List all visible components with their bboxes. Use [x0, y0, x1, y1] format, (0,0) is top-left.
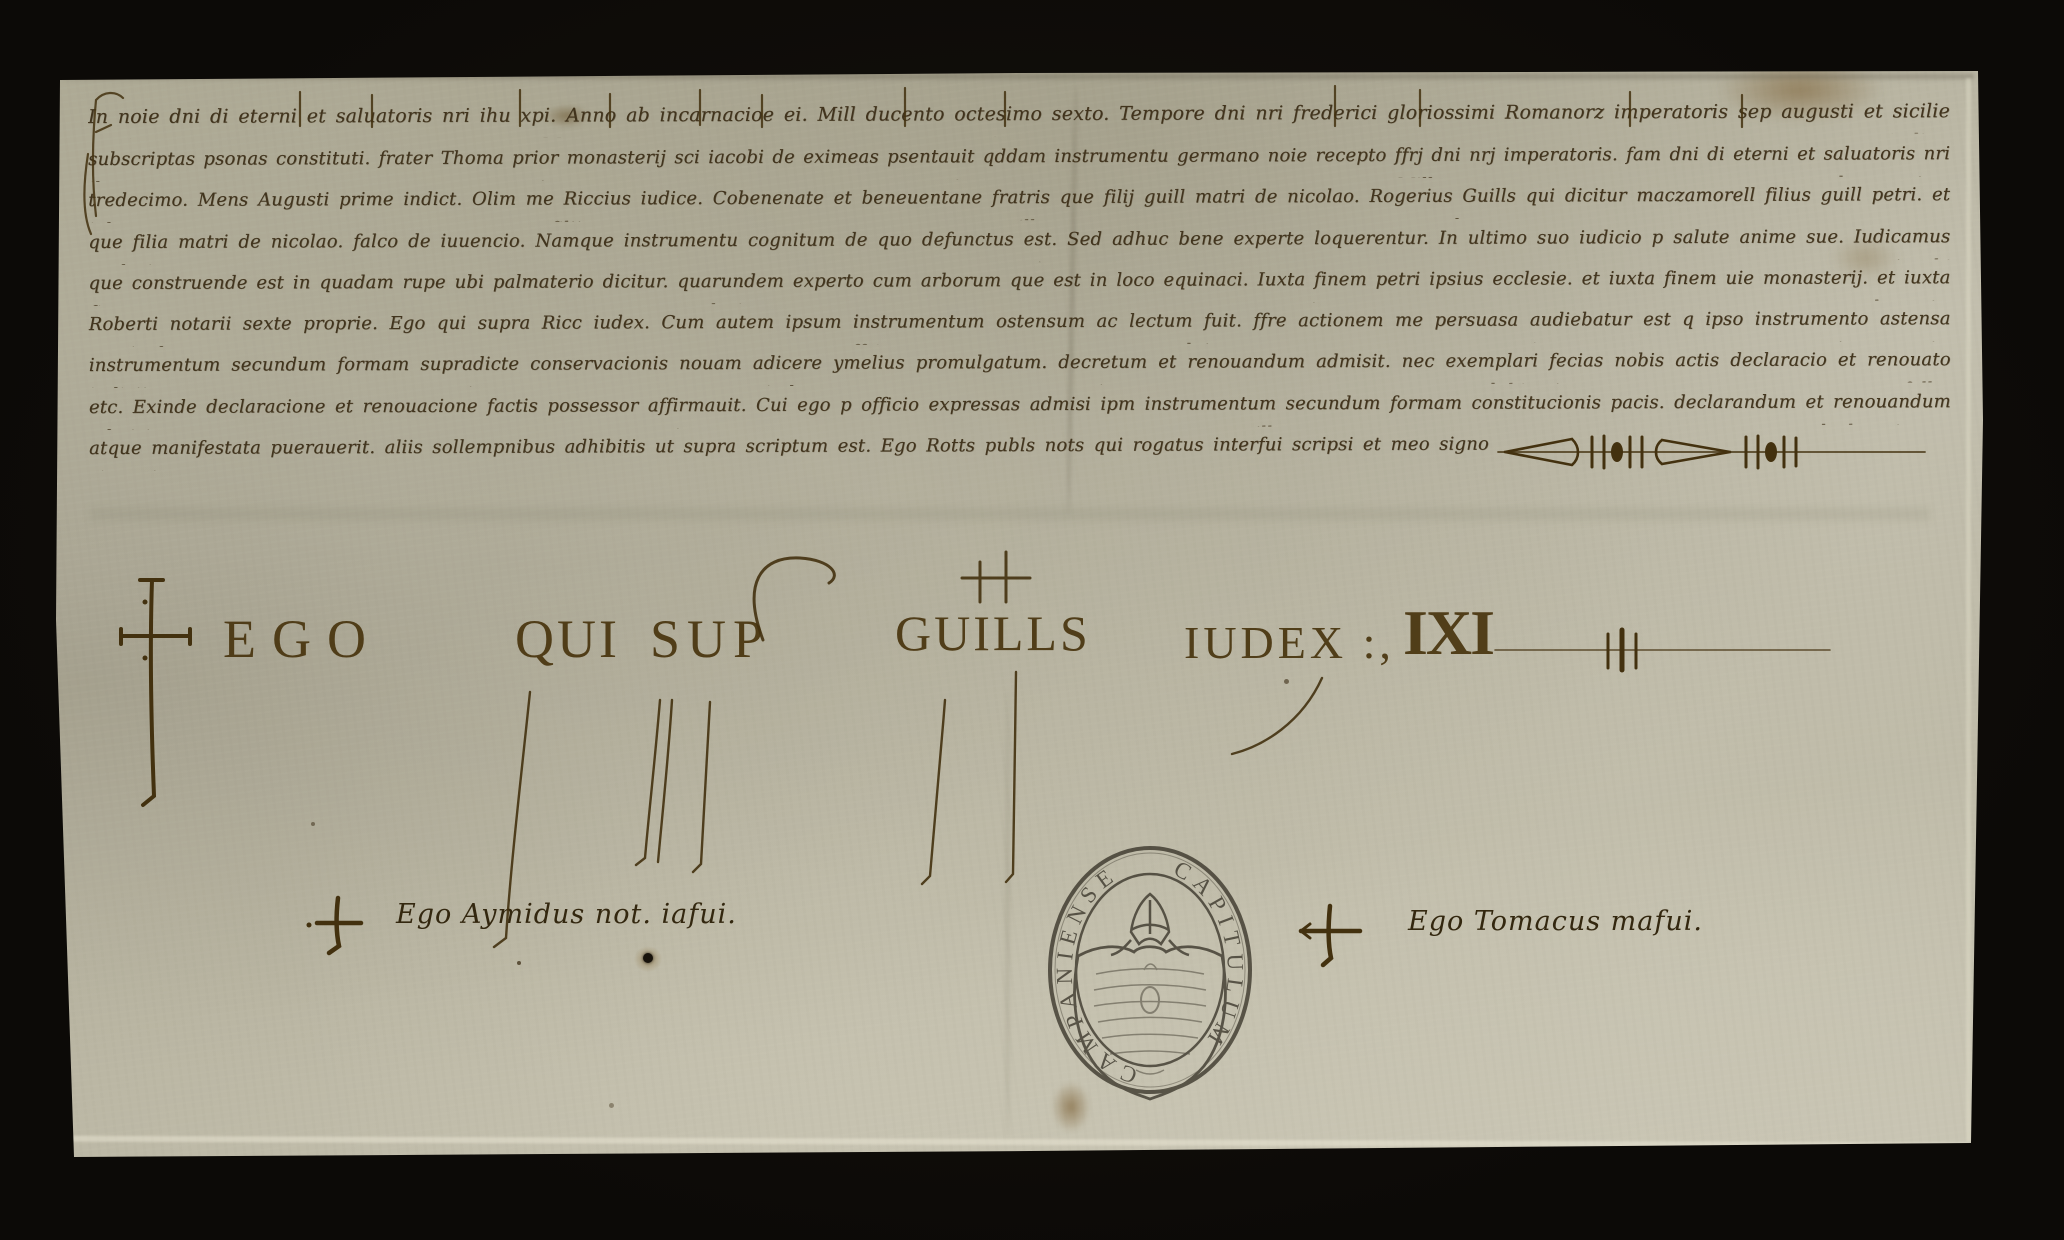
shield-icon [1075, 947, 1226, 1099]
ink-speck [517, 961, 521, 965]
charter-line-notary: atque manifestata puerauerit. aliis soll… [89, 430, 1489, 471]
stamp-ring-text: CAMPANIENSE [1052, 861, 1140, 1089]
witness-signature-left: Ego Aymidus not. iafui. [396, 899, 737, 930]
charter-line: tredecimo. Mens Augusti prime indict. Ol… [88, 180, 1950, 223]
subscription-word: EGO [223, 608, 382, 670]
charter-line: Roberti notarii sexte proprie. Ego qui s… [89, 304, 1951, 347]
capitular-stamp: CAPITULUM CAMPANIENSE [1040, 842, 1260, 1102]
charter-line: subscriptas psonas constituti. frater Th… [88, 139, 1950, 182]
charter-line: que construende est in quadam rupe ubi p… [88, 263, 1950, 306]
ink-speck [311, 822, 315, 826]
witness-signature-right: Ego Tomacus mafui. [1408, 906, 1703, 937]
charter-line: In noie dni di eterni et saluatoris nri … [88, 96, 1950, 139]
stamp-text-capitulum: CAPITULUM [1170, 856, 1248, 1055]
photograph-background: In noie dni di eterni et saluatoris nri … [0, 0, 2064, 1240]
subscription-monogram: IXI [1403, 596, 1493, 670]
charter-line: que filia matri de nicolao. falco de iuu… [88, 222, 1950, 265]
subscription-word: QUI [515, 608, 620, 670]
parchment-hole [643, 953, 653, 963]
stamp-text-campaniense: CAMPANIENSE [1052, 861, 1140, 1089]
subscription-word: SUP [650, 608, 770, 670]
charter-line: instrumentum secundum formam supradicte … [89, 345, 1951, 388]
stamp-ring-text: CAPITULUM [1170, 856, 1248, 1055]
stamp-rings [1050, 848, 1250, 1092]
subscription-word: GUILLS [895, 604, 1091, 662]
ink-speck [609, 1103, 614, 1108]
parchment: In noie dni di eterni et saluatoris nri … [0, 0, 2064, 1240]
charter-line: etc. Exinde declaracione et renouacione … [89, 387, 1951, 430]
ink-speck [1284, 679, 1289, 684]
subscription-word: IUDEX :, [1184, 616, 1395, 669]
